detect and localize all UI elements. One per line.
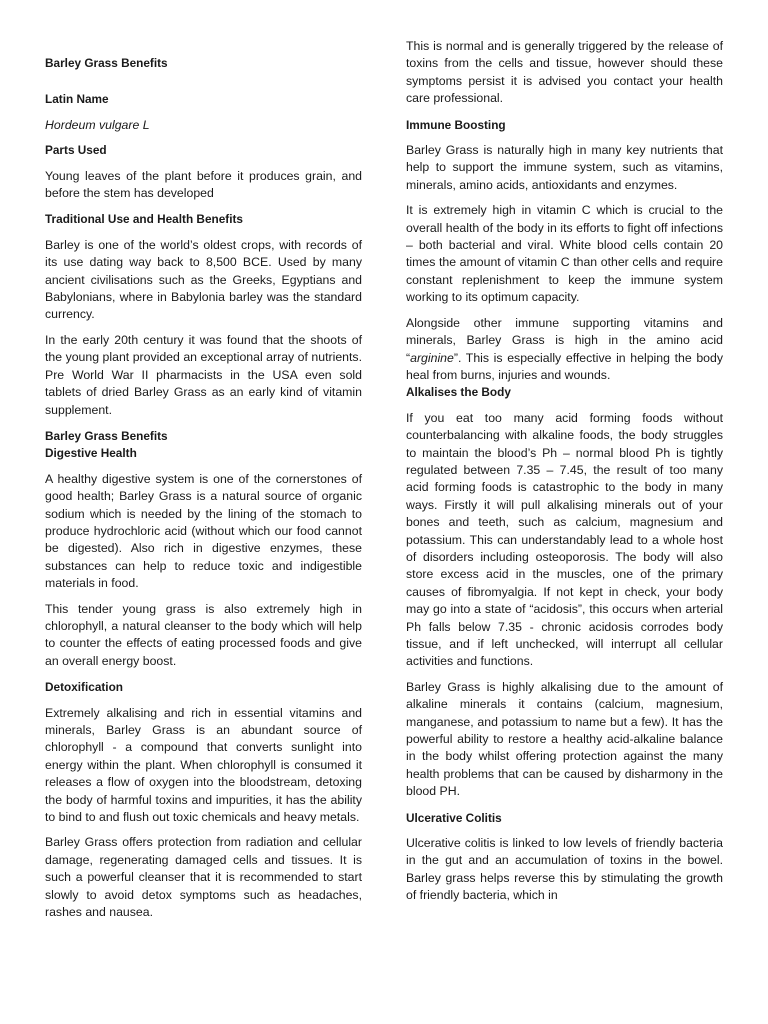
traditional-paragraph-1: Barley is one of the world’s oldest crop…: [45, 237, 362, 324]
digestive-paragraph-1: A healthy digestive system is one of the…: [45, 471, 362, 593]
latin-name: Hordeum vulgare L: [45, 117, 362, 134]
parts-used-text: Young leaves of the plant before it prod…: [45, 168, 362, 203]
digestive-paragraph-2: This tender young grass is also extremel…: [45, 601, 362, 671]
immune-paragraph-2: It is extremely high in vitamin C which …: [406, 202, 723, 306]
arginine-term: arginine: [410, 351, 454, 365]
detox-paragraph-1: Extremely alkalising and rich in essenti…: [45, 705, 362, 827]
digestive-health-heading: Digestive Health: [45, 445, 362, 462]
document-title: Barley Grass Benefits: [45, 55, 362, 72]
right-column: This is normal and is generally triggere…: [406, 38, 723, 905]
ulcerative-colitis-heading: Ulcerative Colitis: [406, 810, 723, 827]
traditional-paragraph-2: In the early 20th century it was found t…: [45, 332, 362, 419]
detox-paragraph-3: This is normal and is generally triggere…: [406, 38, 723, 108]
immune-paragraph-3: Alongside other immune supporting vitami…: [406, 315, 723, 385]
immune-paragraph-1: Barley Grass is naturally high in many k…: [406, 142, 723, 194]
alkalises-body-heading: Alkalises the Body: [406, 384, 723, 401]
alkalise-paragraph-2: Barley Grass is highly alkalising due to…: [406, 679, 723, 801]
detoxification-heading: Detoxification: [45, 679, 362, 696]
latin-name-heading: Latin Name: [45, 91, 362, 108]
benefits-heading: Barley Grass Benefits: [45, 428, 362, 445]
parts-used-heading: Parts Used: [45, 142, 362, 159]
traditional-use-heading: Traditional Use and Health Benefits: [45, 211, 362, 228]
detox-paragraph-2: Barley Grass offers protection from radi…: [45, 834, 362, 921]
colitis-paragraph-1: Ulcerative colitis is linked to low leve…: [406, 835, 723, 905]
immune-boosting-heading: Immune Boosting: [406, 117, 723, 134]
immune-p3-text-after: ”. This is especially effective in helpi…: [406, 351, 723, 382]
document-page: Barley Grass Benefits Latin Name Hordeum…: [0, 0, 768, 1024]
alkalise-paragraph-1: If you eat too many acid forming foods w…: [406, 410, 723, 671]
left-column: Barley Grass Benefits Latin Name Hordeum…: [45, 55, 362, 921]
